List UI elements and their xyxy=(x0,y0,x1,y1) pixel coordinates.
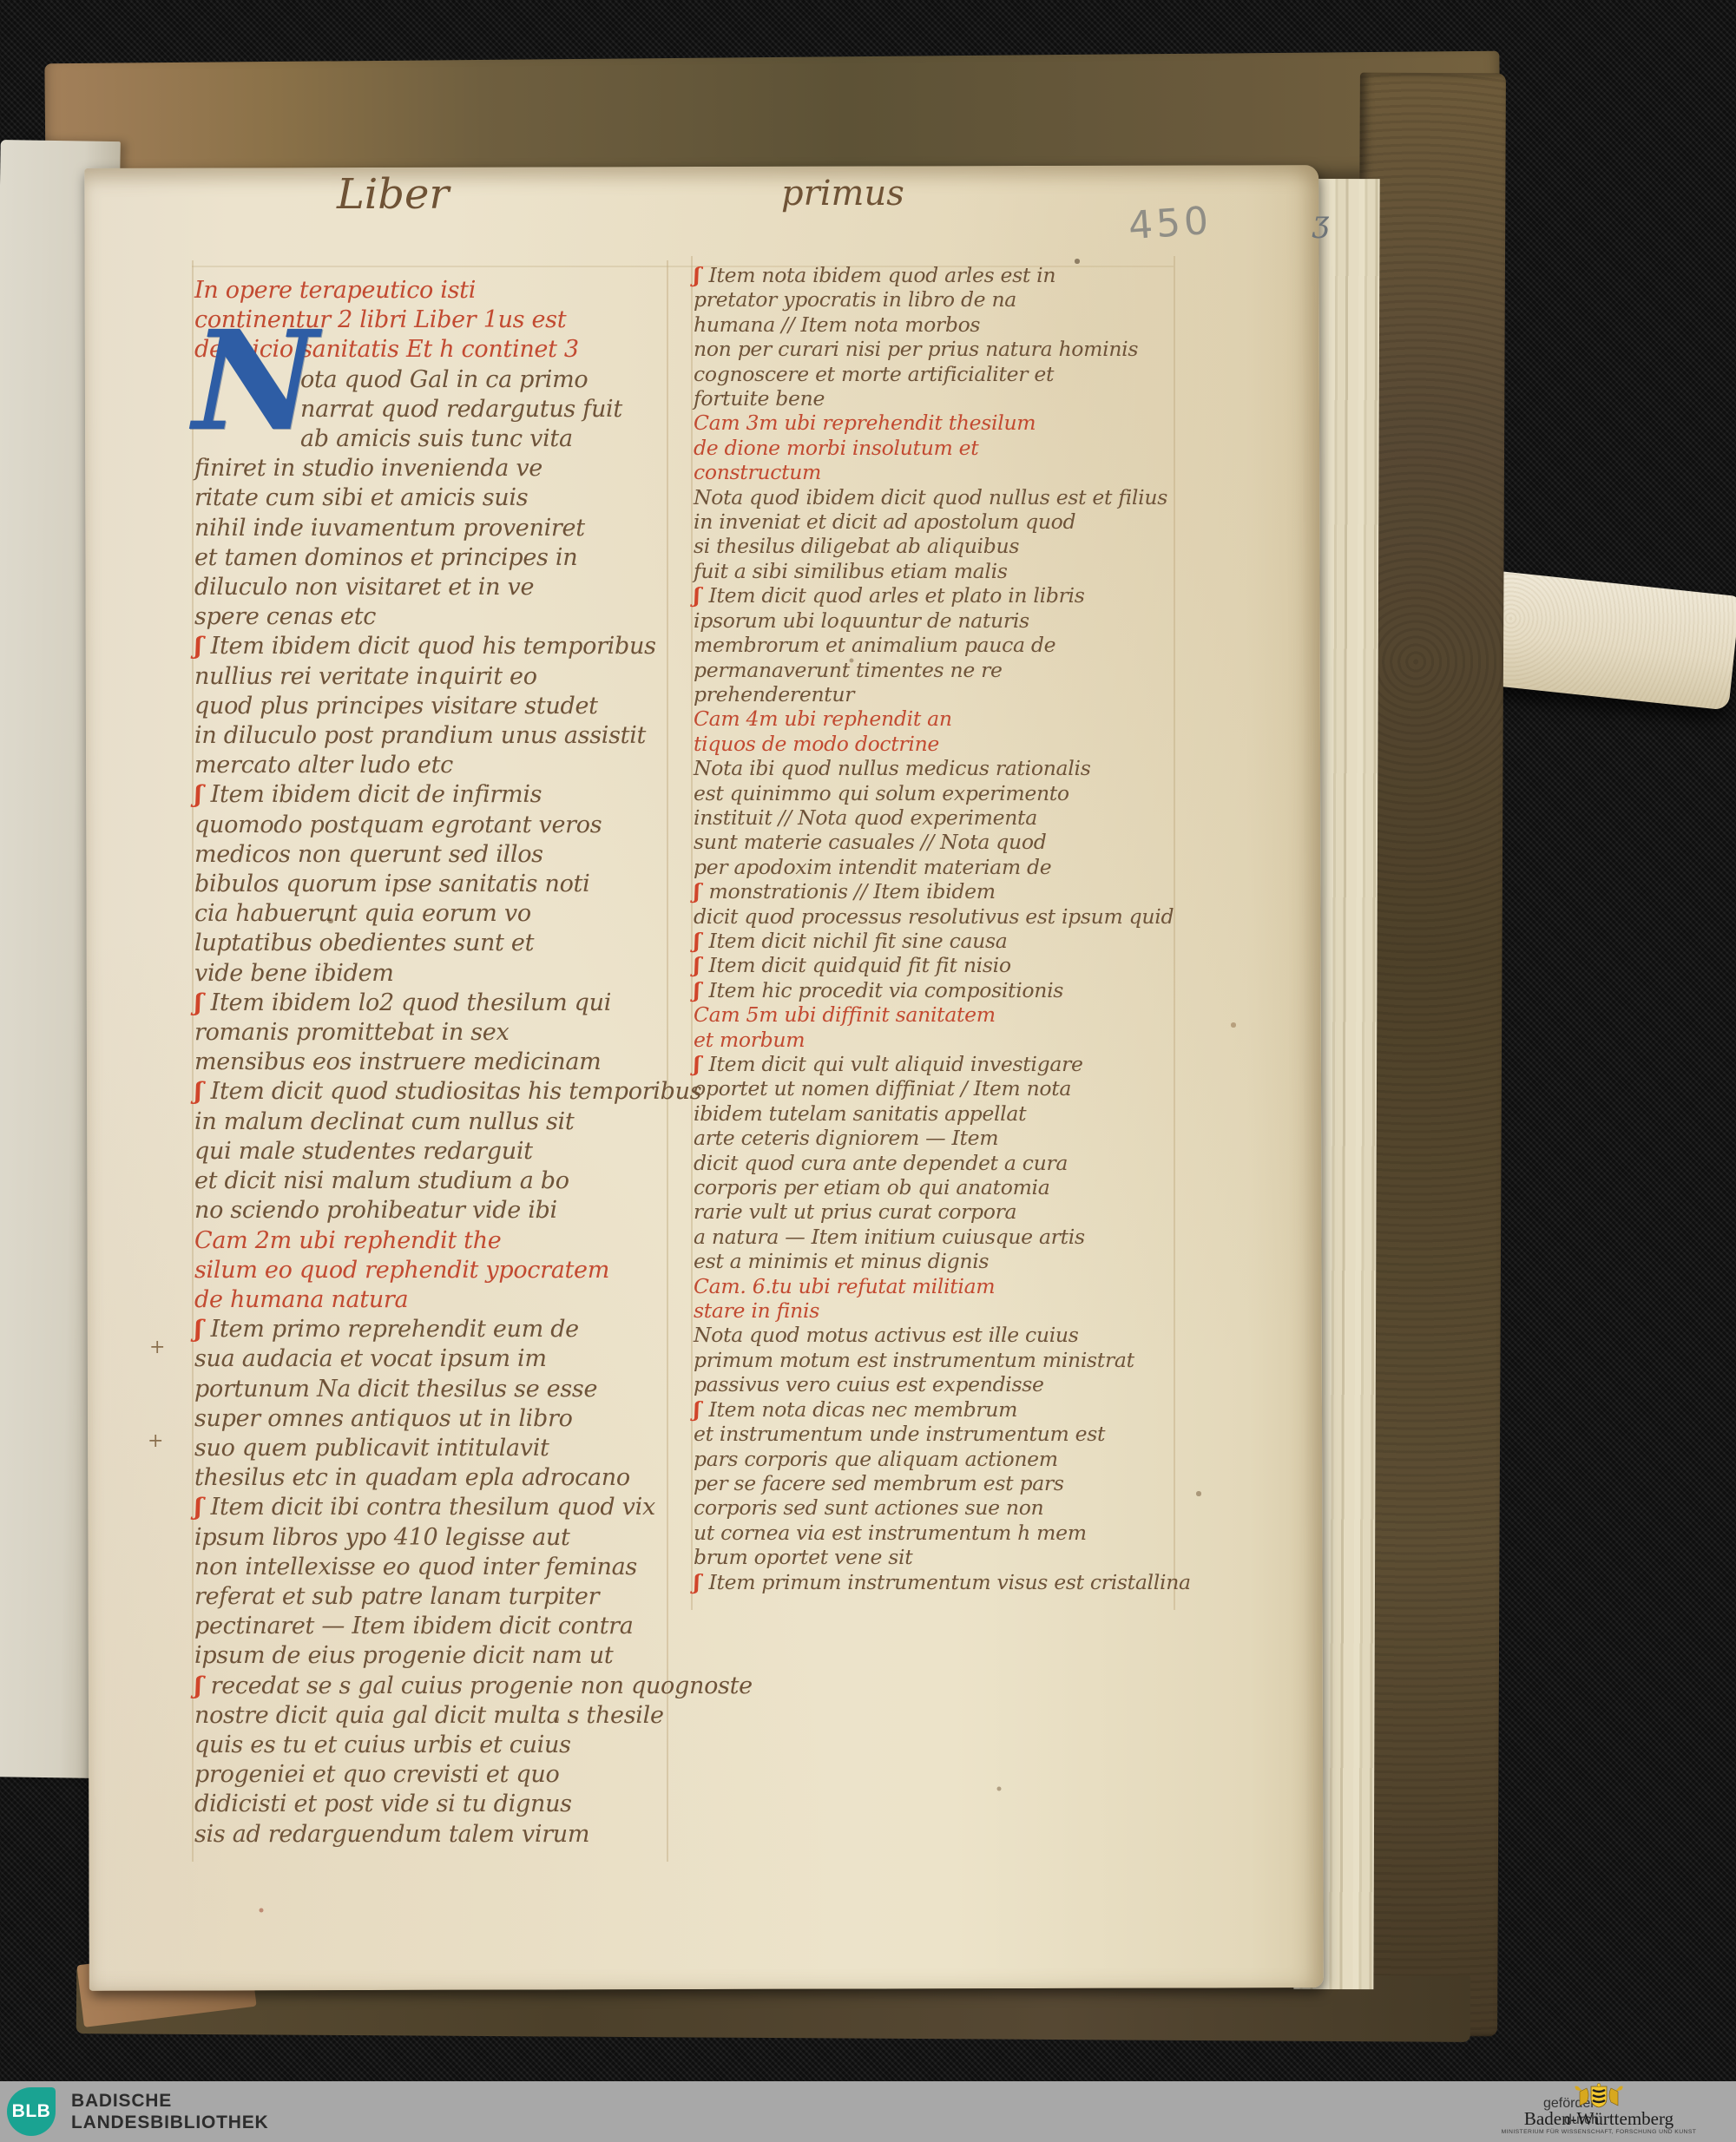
line-text: in inveniat et dicit ad apostolum quod xyxy=(694,509,1075,534)
folio-number-pencil: 450 xyxy=(1127,199,1213,249)
text-line: corporis per etiam ob qui anatomia xyxy=(694,1175,1193,1199)
line-text: Cam 4m ubi rephendit an xyxy=(694,706,952,731)
line-text: de humana natura xyxy=(194,1286,408,1313)
text-line: super omnes antiquos ut in libro xyxy=(194,1404,681,1434)
line-text: humana // Item nota morbos xyxy=(694,312,980,337)
text-line: quomodo postquam egrotant veros xyxy=(194,811,681,840)
line-text: luptatibus obedientes sunt et xyxy=(194,930,534,956)
blb-logo: BLB xyxy=(7,2087,56,2136)
line-text: instituit // Nota quod experimenta xyxy=(694,805,1037,830)
illuminated-initial-N: N xyxy=(193,330,318,434)
text-line: pars corporis que aliquam actionem xyxy=(694,1447,1193,1471)
parchment-specks xyxy=(0,0,2,2)
line-text: portunum Na dicit thesilus se esse xyxy=(194,1376,597,1403)
text-line: Nota quod motus activus est ille cuius xyxy=(694,1323,1193,1347)
line-text: nullius rei veritate inquirit eo xyxy=(194,663,537,690)
line-text: didicisti et post vide si tu dignus xyxy=(194,1790,572,1817)
text-line: ʃItem ibidem dicit quod his temporibus xyxy=(194,632,681,661)
line-text: Cam 5m ubi diffinit sanitatem xyxy=(694,1002,996,1027)
text-line: ʃmonstrationis // Item ibidem xyxy=(694,879,1193,903)
paraph-mark: ʃ xyxy=(194,989,202,1016)
line-text: cognoscere et morte artificialiter et xyxy=(694,362,1054,386)
text-line: ʃItem dicit quod studiositas his tempori… xyxy=(194,1077,681,1107)
text-line: rarie vult ut prius curat corpora xyxy=(694,1199,1193,1224)
line-text: fuit a sibi similibus etiam malis xyxy=(694,559,1008,583)
line-text: Item primum instrumentum visus est crist… xyxy=(708,1570,1190,1594)
line-text: Item dicit quod arles et plato in libris xyxy=(708,583,1084,608)
text-line: mercato alter ludo etc xyxy=(194,751,681,780)
rubric-line: tiquos de modo doctrine xyxy=(694,732,1193,756)
text-line: in malum declinat cum nullus sit xyxy=(194,1107,681,1137)
ministry-name: MINISTERIUM FÜR WISSENSCHAFT, FORSCHUNG … xyxy=(1469,2128,1729,2136)
line-text: passivus vero cuius est expendisse xyxy=(694,1372,1044,1396)
pencil-corner-mark: ʒ xyxy=(1312,205,1329,240)
text-line: ibidem tutelam sanitatis appellat xyxy=(694,1101,1193,1126)
paraph-mark: ʃ xyxy=(694,929,700,953)
line-text: mensibus eos instruere medicinam xyxy=(194,1048,601,1075)
line-text: Item ibidem lo2 quod thesilum qui xyxy=(211,989,611,1016)
text-line: nullius rei veritate inquirit eo xyxy=(194,662,681,692)
text-line: arte ceteris digniorem — Item xyxy=(694,1126,1193,1150)
text-line: sunt materie casuales // Nota quod xyxy=(694,830,1193,854)
text-line: thesilus etc in quadam epla adrocano xyxy=(194,1463,681,1493)
line-text: stare in finis xyxy=(694,1298,819,1323)
text-line: ʃItem nota dicas nec membrum xyxy=(694,1397,1193,1422)
line-text: nihil inde iuvamentum proveniret xyxy=(194,515,585,542)
margin-cross-mark: + xyxy=(148,1430,163,1452)
line-text: bibulos quorum ipse sanitatis noti xyxy=(194,871,589,897)
text-line: quod plus principes visitare studet xyxy=(194,692,681,721)
rubric-line: et morbum xyxy=(694,1028,1193,1052)
line-text: Item ibidem dicit quod his temporibus xyxy=(211,633,656,660)
text-line: in inveniat et dicit ad apostolum quod xyxy=(694,509,1193,534)
line-text: diluculo non visitaret et in ve xyxy=(194,574,534,601)
line-text: Nota quod motus activus est ille cuius xyxy=(694,1323,1079,1347)
line-text: permanaverunt timentes ne re xyxy=(694,658,1003,682)
text-line: ipsum libros ypo 410 legisse aut xyxy=(194,1523,681,1553)
text-line: per se facere sed membrum est pars xyxy=(694,1471,1193,1495)
line-text: Item ibidem dicit de infirmis xyxy=(211,781,542,808)
running-header-left: Liber xyxy=(337,170,449,219)
line-text: de dione morbi insolutum et xyxy=(694,436,978,460)
text-line: Nota quod ibidem dicit quod nullus est e… xyxy=(694,485,1193,509)
line-text: ab amicis suis tunc vita xyxy=(300,425,573,452)
text-line: non per curari nisi per prius natura hom… xyxy=(694,337,1193,361)
text-line: cia habuerunt quia eorum vo xyxy=(194,899,681,929)
line-text: medicos non querunt sed illos xyxy=(194,841,543,868)
line-text: referat et sub patre lanam turpiter xyxy=(194,1583,599,1610)
line-text: Item primo reprehendit eum de xyxy=(211,1316,579,1343)
line-text: est a minimis et minus dignis xyxy=(694,1249,989,1273)
line-text: pectinaret — Item ibidem dicit contra xyxy=(194,1613,634,1639)
line-text: monstrationis // Item ibidem xyxy=(708,879,995,903)
text-line: ʃItem ibidem lo2 quod thesilum qui xyxy=(194,989,681,1018)
text-line: si thesilus diligebat ab aliquibus xyxy=(694,534,1193,558)
text-line: ritate cum sibi et amicis suis xyxy=(194,483,681,513)
text-line: bibulos quorum ipse sanitatis noti xyxy=(194,870,681,899)
paraph-mark: ʃ xyxy=(194,1078,202,1105)
paraph-mark: ʃ xyxy=(194,1672,202,1699)
line-text: per se facere sed membrum est pars xyxy=(694,1471,1064,1495)
line-text: Cam 3m ubi reprehendit thesilum xyxy=(694,411,1036,435)
text-line: ʃItem ibidem dicit de infirmis xyxy=(194,780,681,810)
text-line: corporis sed sunt actiones sue non xyxy=(694,1495,1193,1520)
line-text: dicit quod cura ante dependet a cura xyxy=(694,1151,1068,1175)
baden-wuerttemberg-block: Baden-Württemberg MINISTERIUM FÜR WISSEN… xyxy=(1469,2083,1729,2136)
line-text: Item dicit qui vult aliquid investigare xyxy=(708,1052,1082,1076)
line-text: Item dicit quidquid fit fit nisio xyxy=(708,953,1010,977)
baden-wuerttemberg-crest-icon xyxy=(1568,2083,1630,2109)
paraph-mark: ʃ xyxy=(194,1316,202,1343)
margin-cross-mark: + xyxy=(149,1337,165,1358)
line-text: ritate cum sibi et amicis suis xyxy=(194,484,528,511)
line-text: recedat se s gal cuius progenie non quog… xyxy=(211,1672,753,1699)
paraph-mark: ʃ xyxy=(694,583,700,608)
text-line: est quinimmo qui solum experimento xyxy=(694,781,1193,805)
line-text: Cam 2m ubi rephendit the xyxy=(194,1227,502,1254)
text-line: Nota ibi quod nullus medicus rationalis xyxy=(694,756,1193,780)
line-text: Cam. 6.tu ubi refutat militiam xyxy=(694,1274,995,1298)
text-line: instituit // Nota quod experimenta xyxy=(694,805,1193,830)
paraph-mark: ʃ xyxy=(194,1494,202,1521)
line-text: vide bene ibidem xyxy=(194,960,394,987)
text-line: didicisti et post vide si tu dignus xyxy=(194,1790,681,1819)
rubric-line: de humana natura xyxy=(194,1285,681,1315)
line-text: fortuite bene xyxy=(694,386,825,411)
text-line: pretator ypocratis in libro de na xyxy=(694,287,1193,312)
text-line: romanis promittebat in sex xyxy=(194,1018,681,1048)
library-name: BADISCHE LANDESBIBLIOTHEK xyxy=(71,2090,268,2133)
text-line: ʃrecedat se s gal cuius progenie non quo… xyxy=(194,1672,681,1701)
text-line: ʃItem dicit qui vult aliquid investigare xyxy=(694,1052,1193,1076)
line-text: mercato alter ludo etc xyxy=(194,752,453,779)
line-text: et dicit nisi malum studium a bo xyxy=(194,1167,569,1194)
text-line: referat et sub patre lanam turpiter xyxy=(194,1582,681,1612)
text-line: dicit quod processus resolutivus est ips… xyxy=(694,904,1193,929)
text-line: membrorum et animalium pauca de xyxy=(694,633,1193,657)
ruling-line xyxy=(192,260,194,1862)
text-line: et instrumentum unde instrumentum est xyxy=(694,1422,1193,1446)
text-line: ʃItem nota ibidem quod arles est in xyxy=(694,263,1193,287)
text-line: dicit quod cura ante dependet a cura xyxy=(694,1151,1193,1175)
paraph-mark: ʃ xyxy=(694,978,700,1002)
text-line: oportet ut nomen diffiniat / Item nota xyxy=(694,1076,1193,1101)
text-line: ʃItem dicit quidquid fit fit nisio xyxy=(694,953,1193,977)
text-line: progeniei et quo crevisti et quo xyxy=(194,1760,681,1790)
text-line: ʃItem primum instrumentum visus est cris… xyxy=(694,1570,1193,1594)
line-text: primum motum est instrumentum ministrat xyxy=(694,1348,1134,1372)
text-line: permanaverunt timentes ne re xyxy=(694,658,1193,682)
line-text: non per curari nisi per prius natura hom… xyxy=(694,337,1138,361)
text-line: ipsorum ubi loquuntur de naturis xyxy=(694,608,1193,633)
line-text: narrat quod redargutus fuit xyxy=(300,396,622,423)
ruling-line xyxy=(691,256,693,1610)
text-line: prehenderentur xyxy=(694,682,1193,706)
text-line: nihil inde iuvamentum proveniret xyxy=(194,514,681,543)
line-text: suo quem publicavit intitulavit xyxy=(194,1435,549,1462)
text-line: brum oportet vene sit xyxy=(694,1545,1193,1569)
line-text: corporis per etiam ob qui anatomia xyxy=(694,1175,1049,1199)
text-line: fortuite bene xyxy=(694,386,1193,411)
library-name-line2: LANDESBIBLIOTHEK xyxy=(71,2112,268,2133)
line-text: thesilus etc in quadam epla adrocano xyxy=(194,1464,630,1491)
line-text: non intellexisse eo quod inter feminas xyxy=(194,1554,637,1580)
line-text: per apodoxim intendit materiam de xyxy=(694,855,1051,879)
line-text: est quinimmo qui solum experimento xyxy=(694,781,1069,805)
text-line: ʃItem primo reprehendit eum de xyxy=(194,1315,681,1344)
line-text: sua audacia et vocat ipsum im xyxy=(194,1345,547,1372)
rubric-line: Cam 2m ubi rephendit the xyxy=(194,1226,681,1256)
line-text: sunt materie casuales // Nota quod xyxy=(694,830,1046,854)
text-line: mensibus eos instruere medicinam xyxy=(194,1048,681,1077)
text-line: ʃItem hic procedit via compositionis xyxy=(694,978,1193,1002)
line-text: qui male studentes redarguit xyxy=(194,1138,533,1165)
line-text: Item nota ibidem quod arles est in xyxy=(708,263,1055,287)
line-text: ibidem tutelam sanitatis appellat xyxy=(694,1101,1026,1126)
line-text: quomodo postquam egrotant veros xyxy=(194,811,602,838)
line-text: Item nota dicas nec membrum xyxy=(708,1397,1017,1422)
text-line: spere cenas etc xyxy=(194,602,681,632)
line-text: ut cornea via est instrumentum h mem xyxy=(694,1521,1087,1545)
text-line: vide bene ibidem xyxy=(194,959,681,989)
text-line: portunum Na dicit thesilus se esse xyxy=(194,1375,681,1404)
text-line: primum motum est instrumentum ministrat xyxy=(694,1348,1193,1372)
line-text: oportet ut nomen diffiniat / Item nota xyxy=(694,1076,1071,1101)
text-line: ut cornea via est instrumentum h mem xyxy=(694,1521,1193,1545)
line-text: Nota quod ibidem dicit quod nullus est e… xyxy=(694,485,1167,509)
line-text: Item dicit quod studiositas his temporib… xyxy=(211,1078,702,1105)
line-text: et morbum xyxy=(694,1028,805,1052)
line-text: pretator ypocratis in libro de na xyxy=(694,287,1016,312)
line-text: no sciendo prohibeatur vide ibi xyxy=(194,1197,557,1224)
line-text: Nota ibi quod nullus medicus rationalis xyxy=(694,756,1090,780)
line-text: membrorum et animalium pauca de xyxy=(694,633,1055,657)
text-line: nostre dicit quia gal dicit multa s thes… xyxy=(194,1701,681,1731)
paraph-mark: ʃ xyxy=(194,781,202,808)
text-line: ʃItem dicit quod arles et plato in libri… xyxy=(694,583,1193,608)
line-text: ota quod Gal in ca primo xyxy=(300,366,588,393)
text-line: et dicit nisi malum studium a bo xyxy=(194,1166,681,1196)
text-line: fuit a sibi similibus etiam malis xyxy=(694,559,1193,583)
line-text: Item dicit ibi contra thesilum quod vix xyxy=(211,1494,655,1521)
text-column-left: In opere terapeutico isticontinentur 2 l… xyxy=(194,276,681,1850)
line-text: silum eo quod rephendit ypocratem xyxy=(194,1257,609,1284)
paraph-mark: ʃ xyxy=(694,1397,700,1422)
line-text: brum oportet vene sit xyxy=(694,1545,912,1569)
text-line: suo quem publicavit intitulavit xyxy=(194,1434,681,1463)
library-name-line1: BADISCHE xyxy=(71,2090,268,2112)
text-column-right: ʃItem nota ibidem quod arles est inpreta… xyxy=(694,263,1193,1594)
line-text: a natura — Item initium cuiusque artis xyxy=(694,1225,1085,1249)
line-text: ipsorum ubi loquuntur de naturis xyxy=(694,608,1029,633)
state-name: Baden-Württemberg xyxy=(1469,2109,1729,2128)
digitized-manuscript-scan: Liber primus 450 ʒ In opere terapeutico … xyxy=(0,0,1736,2142)
text-line: quis es tu et cuius urbis et cuius xyxy=(194,1731,681,1760)
rubric-line: silum eo quod rephendit ypocratem xyxy=(194,1256,681,1285)
line-text: romanis promittebat in sex xyxy=(194,1019,509,1046)
rubric-line: Cam 4m ubi rephendit an xyxy=(694,706,1193,731)
line-text: arte ceteris digniorem — Item xyxy=(694,1126,998,1150)
text-line: luptatibus obedientes sunt et xyxy=(194,929,681,958)
line-text: tiquos de modo doctrine xyxy=(694,732,939,756)
paraph-mark: ʃ xyxy=(694,953,700,977)
line-text: nostre dicit quia gal dicit multa s thes… xyxy=(194,1702,664,1729)
paraph-mark: ʃ xyxy=(694,1570,700,1594)
text-line: non intellexisse eo quod inter feminas xyxy=(194,1553,681,1582)
line-text: cia habuerunt quia eorum vo xyxy=(194,900,531,927)
running-header-right: primus xyxy=(781,174,904,214)
text-line: qui male studentes redarguit xyxy=(194,1137,681,1166)
text-line: ʃItem dicit nichil fit sine causa xyxy=(694,929,1193,953)
text-line: no sciendo prohibeatur vide ibi xyxy=(194,1196,681,1225)
line-text: constructum xyxy=(694,460,821,484)
rubric-line: Cam. 6.tu ubi refutat militiam xyxy=(694,1274,1193,1298)
text-line: diluculo non visitaret et in ve xyxy=(194,573,681,602)
rubric-line: Cam 5m ubi diffinit sanitatem xyxy=(694,1002,1193,1027)
line-text: ipsum libros ypo 410 legisse aut xyxy=(194,1524,570,1551)
line-text: Item hic procedit via compositionis xyxy=(708,978,1063,1002)
rubric-line: Cam 3m ubi reprehendit thesilum xyxy=(694,411,1193,435)
line-text: corporis sed sunt actiones sue non xyxy=(694,1495,1043,1520)
line-text: ipsum de eius progenie dicit nam ut xyxy=(194,1642,613,1669)
line-text: rarie vult ut prius curat corpora xyxy=(694,1199,1016,1224)
text-line: ʃItem dicit ibi contra thesilum quod vix xyxy=(194,1493,681,1522)
line-text: et instrumentum unde instrumentum est xyxy=(694,1422,1105,1446)
line-text: Item dicit nichil fit sine causa xyxy=(708,929,1007,953)
text-line: humana // Item nota morbos xyxy=(694,312,1193,337)
text-line: a natura — Item initium cuiusque artis xyxy=(694,1225,1193,1249)
paraph-mark: ʃ xyxy=(694,1052,700,1076)
line-text: progeniei et quo crevisti et quo xyxy=(194,1761,559,1788)
line-text: quod plus principes visitare studet xyxy=(194,693,598,719)
text-line: est a minimis et minus dignis xyxy=(694,1249,1193,1273)
rubric-line: stare in finis xyxy=(694,1298,1193,1323)
text-line: medicos non querunt sed illos xyxy=(194,840,681,870)
text-line: per apodoxim intendit materiam de xyxy=(694,855,1193,879)
line-text: dicit quod processus resolutivus est ips… xyxy=(694,904,1174,929)
line-text: quis es tu et cuius urbis et cuius xyxy=(194,1731,571,1758)
line-text: si thesilus diligebat ab aliquibus xyxy=(694,534,1019,558)
line-text: et tamen dominos et principes in xyxy=(194,544,577,571)
line-text: prehenderentur xyxy=(694,682,854,706)
line-text: sis ad redarguendum talem virum xyxy=(194,1821,589,1848)
rubric-line: constructum xyxy=(694,460,1193,484)
text-line: sis ad redarguendum talem virum xyxy=(194,1820,681,1850)
blb-logo-text: BLB xyxy=(12,2101,51,2122)
paraph-mark: ʃ xyxy=(694,879,700,903)
rubric-line: de dione morbi insolutum et xyxy=(694,436,1193,460)
line-text: in malum declinat cum nullus sit xyxy=(194,1108,574,1135)
library-footer-bar: BLB BADISCHE LANDESBIBLIOTHEK gefördert … xyxy=(0,2081,1736,2142)
text-line: cognoscere et morte artificialiter et xyxy=(694,362,1193,386)
line-text: super omnes antiquos ut in libro xyxy=(194,1405,573,1432)
text-line: et tamen dominos et principes in xyxy=(194,543,681,573)
line-text: In opere terapeutico isti xyxy=(194,277,476,304)
line-text: spere cenas etc xyxy=(194,603,376,630)
line-text: in diluculo post prandium unus assistit xyxy=(194,722,646,749)
paraph-mark: ʃ xyxy=(194,633,202,660)
text-line: in diluculo post prandium unus assistit xyxy=(194,721,681,751)
text-line: sua audacia et vocat ipsum im xyxy=(194,1344,681,1374)
line-text: pars corporis que aliquam actionem xyxy=(694,1447,1058,1471)
paraph-mark: ʃ xyxy=(694,263,700,287)
text-line: pectinaret — Item ibidem dicit contra xyxy=(194,1612,681,1641)
text-line: ipsum de eius progenie dicit nam ut xyxy=(194,1641,681,1671)
text-line: passivus vero cuius est expendisse xyxy=(694,1372,1193,1396)
